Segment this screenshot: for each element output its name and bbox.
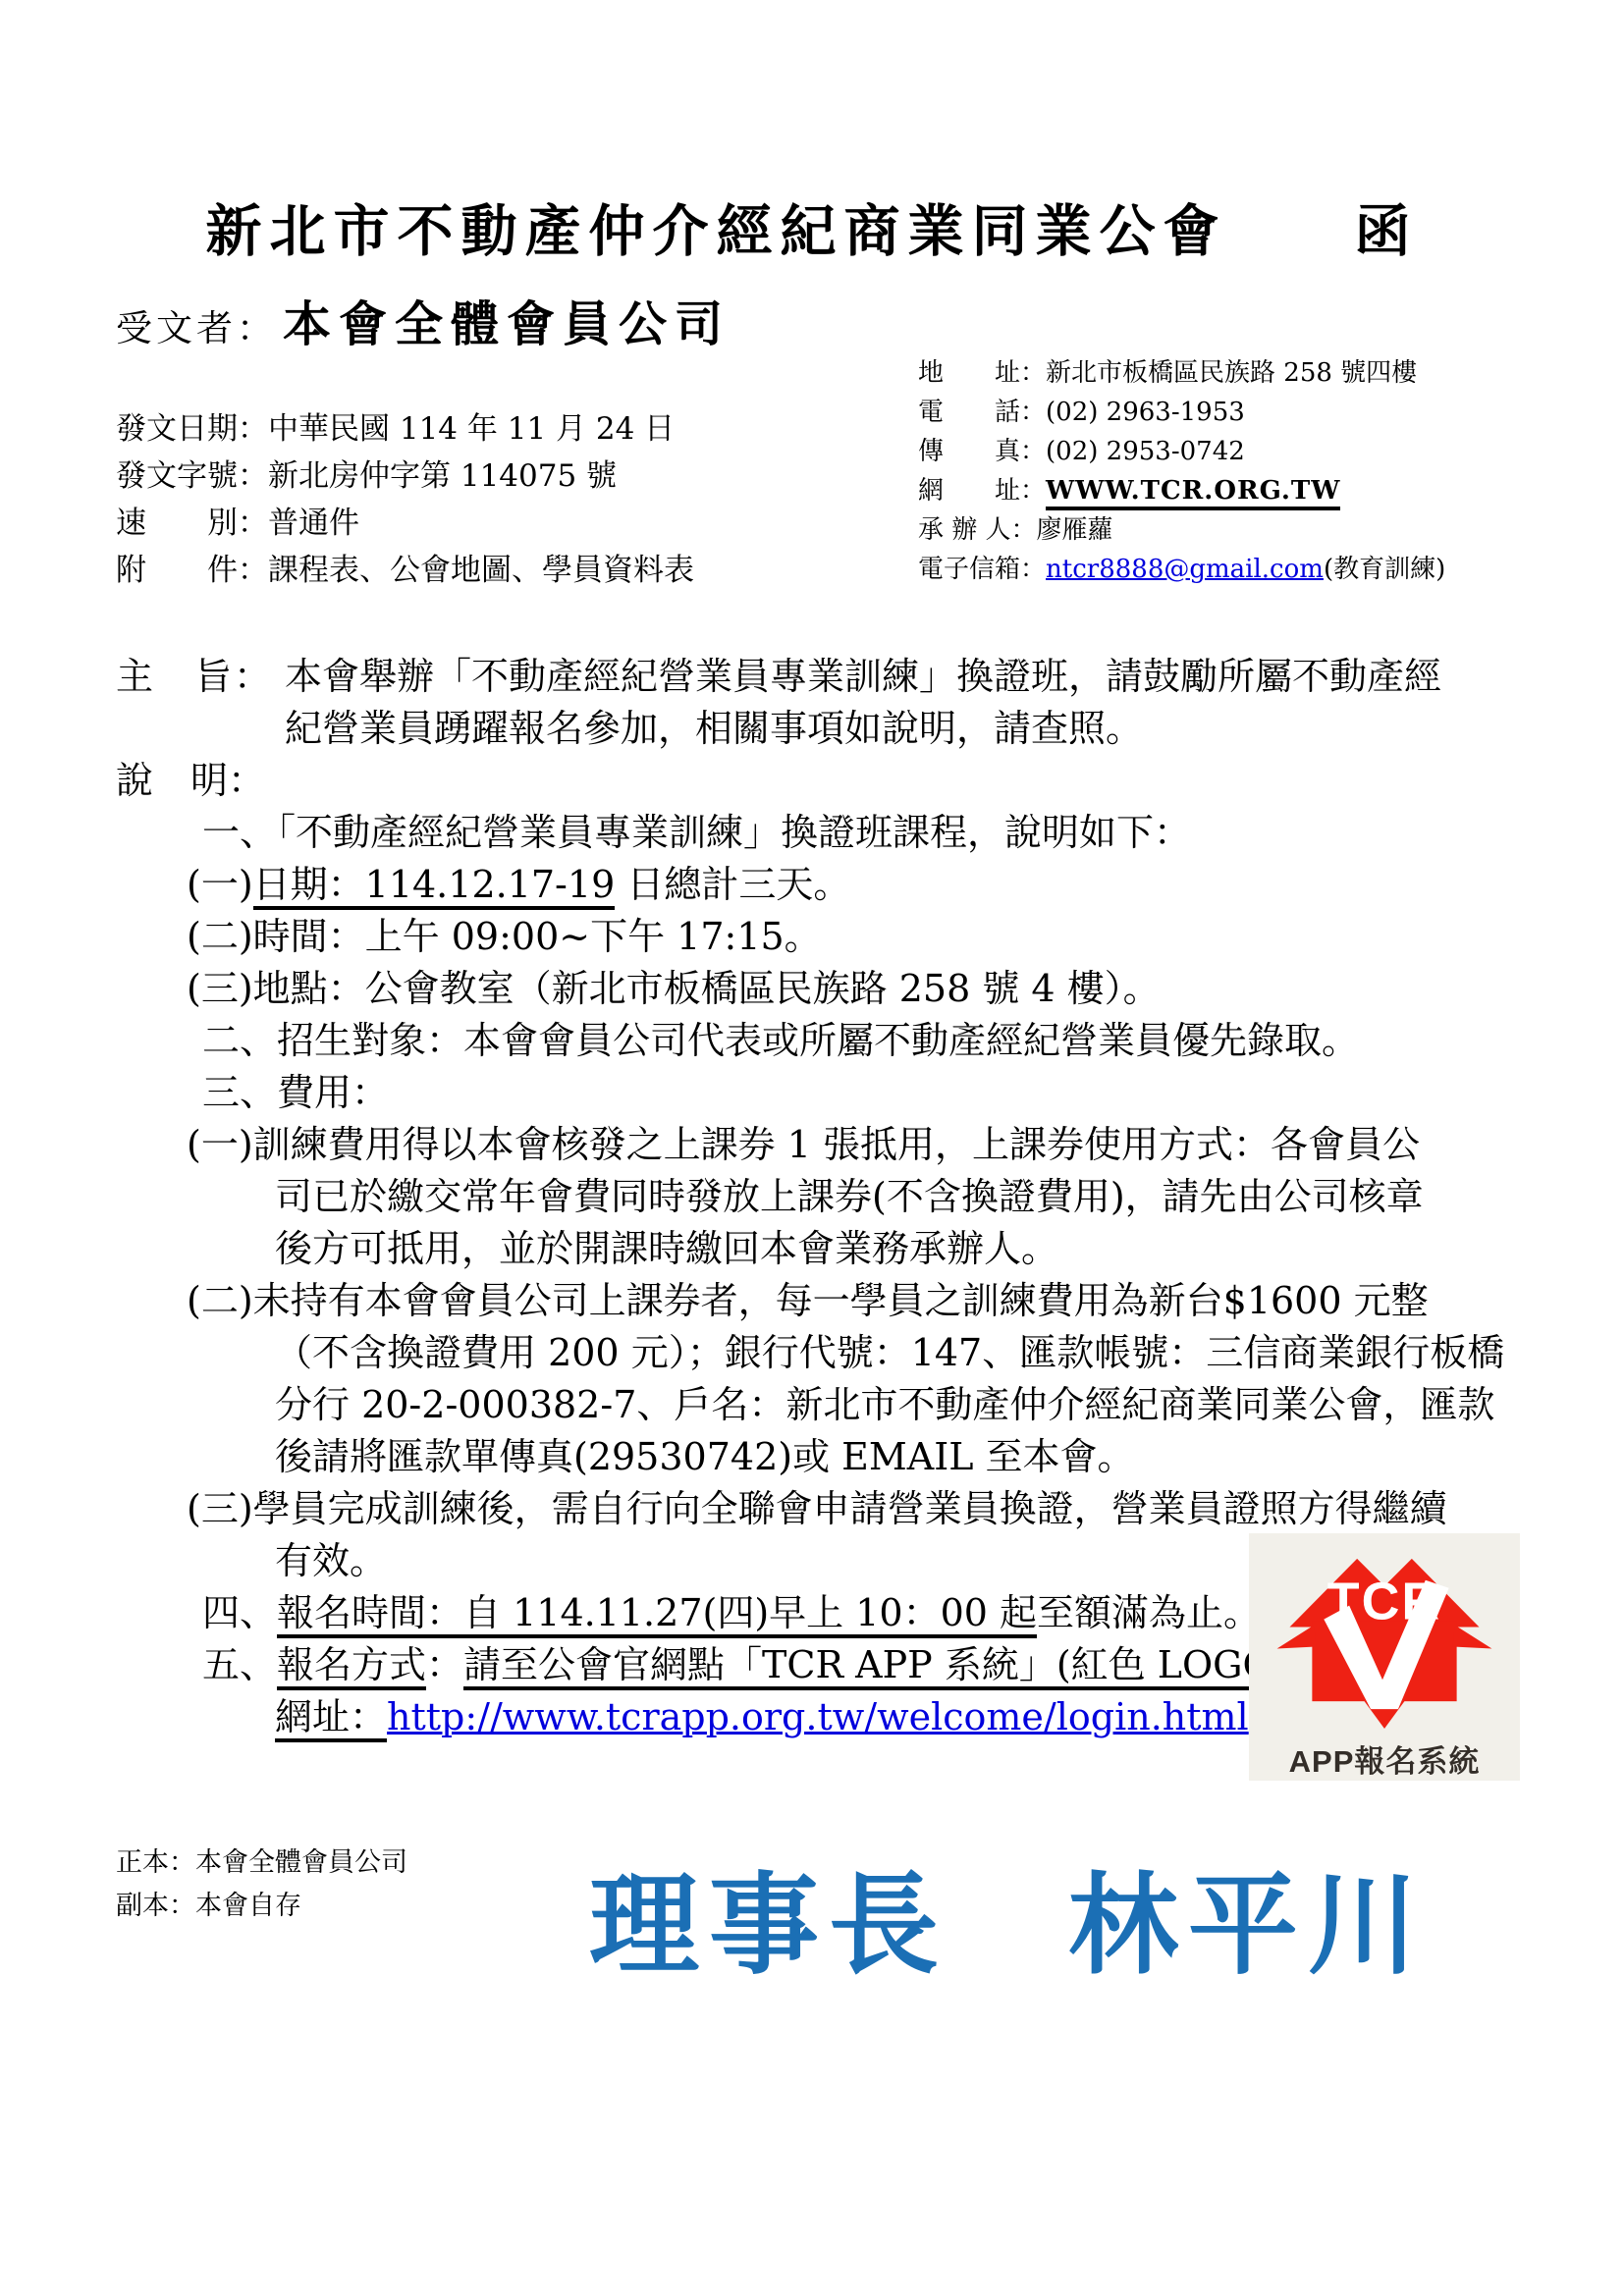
contact-address: 地 址：新北市板橋區民族路 258 號四樓 — [918, 353, 1445, 393]
meta-value: 新北房仲字第 114075 號 — [268, 458, 617, 494]
meta-label: 發文字號： — [116, 458, 268, 494]
meta-label: 附 件： — [116, 553, 268, 588]
signup-url-link[interactable]: http://www.tcrapp.org.tw/welcome/login.h… — [387, 1695, 1249, 1738]
subject-line-1: 主 旨： 本會舉辦「不動產經紀營業員專業訓練」換證班，請鼓勵所屬不動產經 — [116, 651, 1520, 703]
underlined-date: 日期：114.12.17-19 — [253, 863, 616, 910]
contact-label: 電 話： — [918, 398, 1046, 427]
meta-row-speed: 速 別：普通件 — [116, 500, 694, 547]
chairman-signature: 理事長 林平川 — [589, 1838, 1473, 1996]
email-link[interactable]: ntcr8888@gmail.com — [1046, 555, 1324, 584]
url-label: 網址： — [275, 1695, 387, 1742]
item-3: 三、費用： — [116, 1067, 1520, 1119]
association-contact-block: 地 址：新北市板橋區民族路 258 號四樓 電 話：(02) 2963-1953… — [918, 353, 1445, 589]
contact-value: (02) 2953-0742 — [1046, 437, 1245, 466]
item-3-2-line-1: (二)未持有本會會員公司上課券者，每一學員之訓練費用為新台$1600 元整 — [116, 1275, 1520, 1327]
meta-row-number: 發文字號：新北房仲字第 114075 號 — [116, 453, 694, 500]
item-1-2: (二)時間：上午 09:00~下午 17:15。 — [116, 911, 1520, 963]
item-3-1-line-1: (一)訓練費用得以本會核發之上課券 1 張抵用，上課券使用方式：各會員公 — [116, 1119, 1520, 1171]
item-marker: 四、 — [202, 1591, 277, 1634]
subject-line-2: 紀營業員踴躍報名參加，相關事項如說明，請查照。 — [116, 703, 1520, 755]
meta-label: 發文日期： — [116, 411, 268, 447]
contact-phone: 電 話：(02) 2963-1953 — [918, 393, 1445, 432]
original-value: 本會全體會員公司 — [195, 1847, 407, 1878]
contact-email: 電子信箱：ntcr8888@gmail.com(教育訓練) — [918, 550, 1445, 589]
underlined-signup-method-detail: 請至公會官網點「TCR APP 系統」(紅色 LOGO) — [463, 1643, 1287, 1690]
contact-label: 承 辦 人： — [918, 515, 1037, 545]
item-text: 至額滿為止。 — [1037, 1591, 1261, 1634]
item-1-3: (三)地點：公會教室（新北市板橋區民族路 258 號 4 樓）。 — [116, 963, 1520, 1015]
recipient-label: 受文者： — [116, 298, 277, 351]
contact-value: (02) 2963-1953 — [1046, 398, 1245, 427]
website-link[interactable]: WWW.TCR.ORG.TW — [1046, 476, 1340, 510]
contact-label: 電子信箱： — [918, 555, 1046, 584]
contact-fax: 傳 真：(02) 2953-0742 — [918, 432, 1445, 471]
dispatch-meta: 發文日期：中華民國 114 年 11 月 24 日 發文字號：新北房仲字第 11… — [116, 405, 694, 594]
recipient-line: 受文者： 本會全體會員公司 — [116, 287, 731, 355]
item-1-1: (一)日期：114.12.17-19 日總計三天。 — [116, 859, 1520, 911]
contact-officer: 承 辦 人：廖雁蘿 — [918, 510, 1445, 550]
contact-label: 網 址： — [918, 476, 1046, 506]
item-1: 一、「不動產經紀營業員專業訓練」換證班課程，說明如下： — [116, 807, 1520, 859]
original-label: 正本： — [116, 1847, 195, 1878]
official-letter-page: 新北市不動產仲介經紀商業同業公會 函 受文者： 本會全體會員公司 發文日期：中華… — [0, 0, 1624, 2296]
item-3-3-line-1: (三)學員完成訓練後，需自行向全聯會申請營業員換證，營業員證照方得繼續 — [116, 1483, 1520, 1535]
copy-value: 本會自存 — [195, 1891, 301, 1921]
contact-label: 傳 真： — [918, 437, 1046, 466]
meta-row-attachment: 附 件：課程表、公會地圖、學員資料表 — [116, 547, 694, 594]
subject-label: 主 旨： — [116, 651, 273, 703]
contact-value: 新北市板橋區民族路 258 號四樓 — [1046, 358, 1417, 388]
item-marker: (一) — [187, 863, 253, 906]
item-3-2-line-4: 後請將匯款單傳真(29530742)或 EMAIL 至本會。 — [116, 1431, 1520, 1483]
original-copy-line: 正本：本會全體會員公司 — [116, 1842, 407, 1885]
contact-value: 廖雁蘿 — [1037, 515, 1113, 545]
logo-caption: APP報名系統 — [1289, 1736, 1481, 1781]
duplicate-copy-line: 副本：本會自存 — [116, 1885, 407, 1928]
contact-website: 網 址：WWW.TCR.ORG.TW — [918, 471, 1445, 510]
item-3-2-line-3: 分行 20-2-000382-7、戶名：新北市不動產仲介經紀商業同業公會，匯款 — [116, 1379, 1520, 1431]
tcr-app-logo-box: TCR APP報名系統 — [1249, 1533, 1520, 1781]
item-3-2-line-2: （不含換證費用 200 元）；銀行代號：147、匯款帳號：三信商業銀行板橋 — [116, 1327, 1520, 1379]
meta-label: 速 別： — [116, 506, 268, 541]
underlined-signup-method: 報名方式 — [277, 1643, 426, 1690]
tcr-logo-icon: TCR — [1274, 1541, 1494, 1733]
recipient-value: 本會全體會員公司 — [283, 287, 731, 355]
underlined-signup-time: 報名時間：自 114.11.27(四)早上 10：00 起 — [277, 1591, 1037, 1638]
item-marker: 五、 — [202, 1643, 277, 1686]
item-text: 日總計三天。 — [615, 863, 850, 906]
tcr-logo-text: TCR — [1327, 1573, 1441, 1631]
item-text: ： — [426, 1643, 463, 1686]
explanation-label: 說 明： — [116, 755, 1520, 807]
contact-label: 地 址： — [918, 358, 1046, 388]
page-title: 新北市不動產仲介經紀商業同業公會 函 — [0, 187, 1624, 267]
meta-value: 普通件 — [268, 506, 359, 541]
copy-label: 副本： — [116, 1891, 195, 1921]
meta-value: 中華民國 114 年 11 月 24 日 — [268, 411, 675, 447]
meta-row-date: 發文日期：中華民國 114 年 11 月 24 日 — [116, 405, 694, 453]
meta-value: 課程表、公會地圖、學員資料表 — [268, 553, 694, 588]
email-note: (教育訓練) — [1324, 555, 1445, 584]
item-3-1-line-3: 後方可抵用，並於開課時繳回本會業務承辦人。 — [116, 1223, 1520, 1275]
item-3-1-line-2: 司已於繳交常年會費同時發放上課券(不含換證費用)，請先由公司核章 — [116, 1171, 1520, 1223]
distribution-block: 正本：本會全體會員公司 副本：本會自存 — [116, 1842, 407, 1928]
item-2: 二、招生對象：本會會員公司代表或所屬不動產經紀營業員優先錄取。 — [116, 1015, 1520, 1067]
subject-text: 本會舉辦「不動產經紀營業員專業訓練」換證班，請鼓勵所屬不動產經 — [285, 651, 1441, 703]
